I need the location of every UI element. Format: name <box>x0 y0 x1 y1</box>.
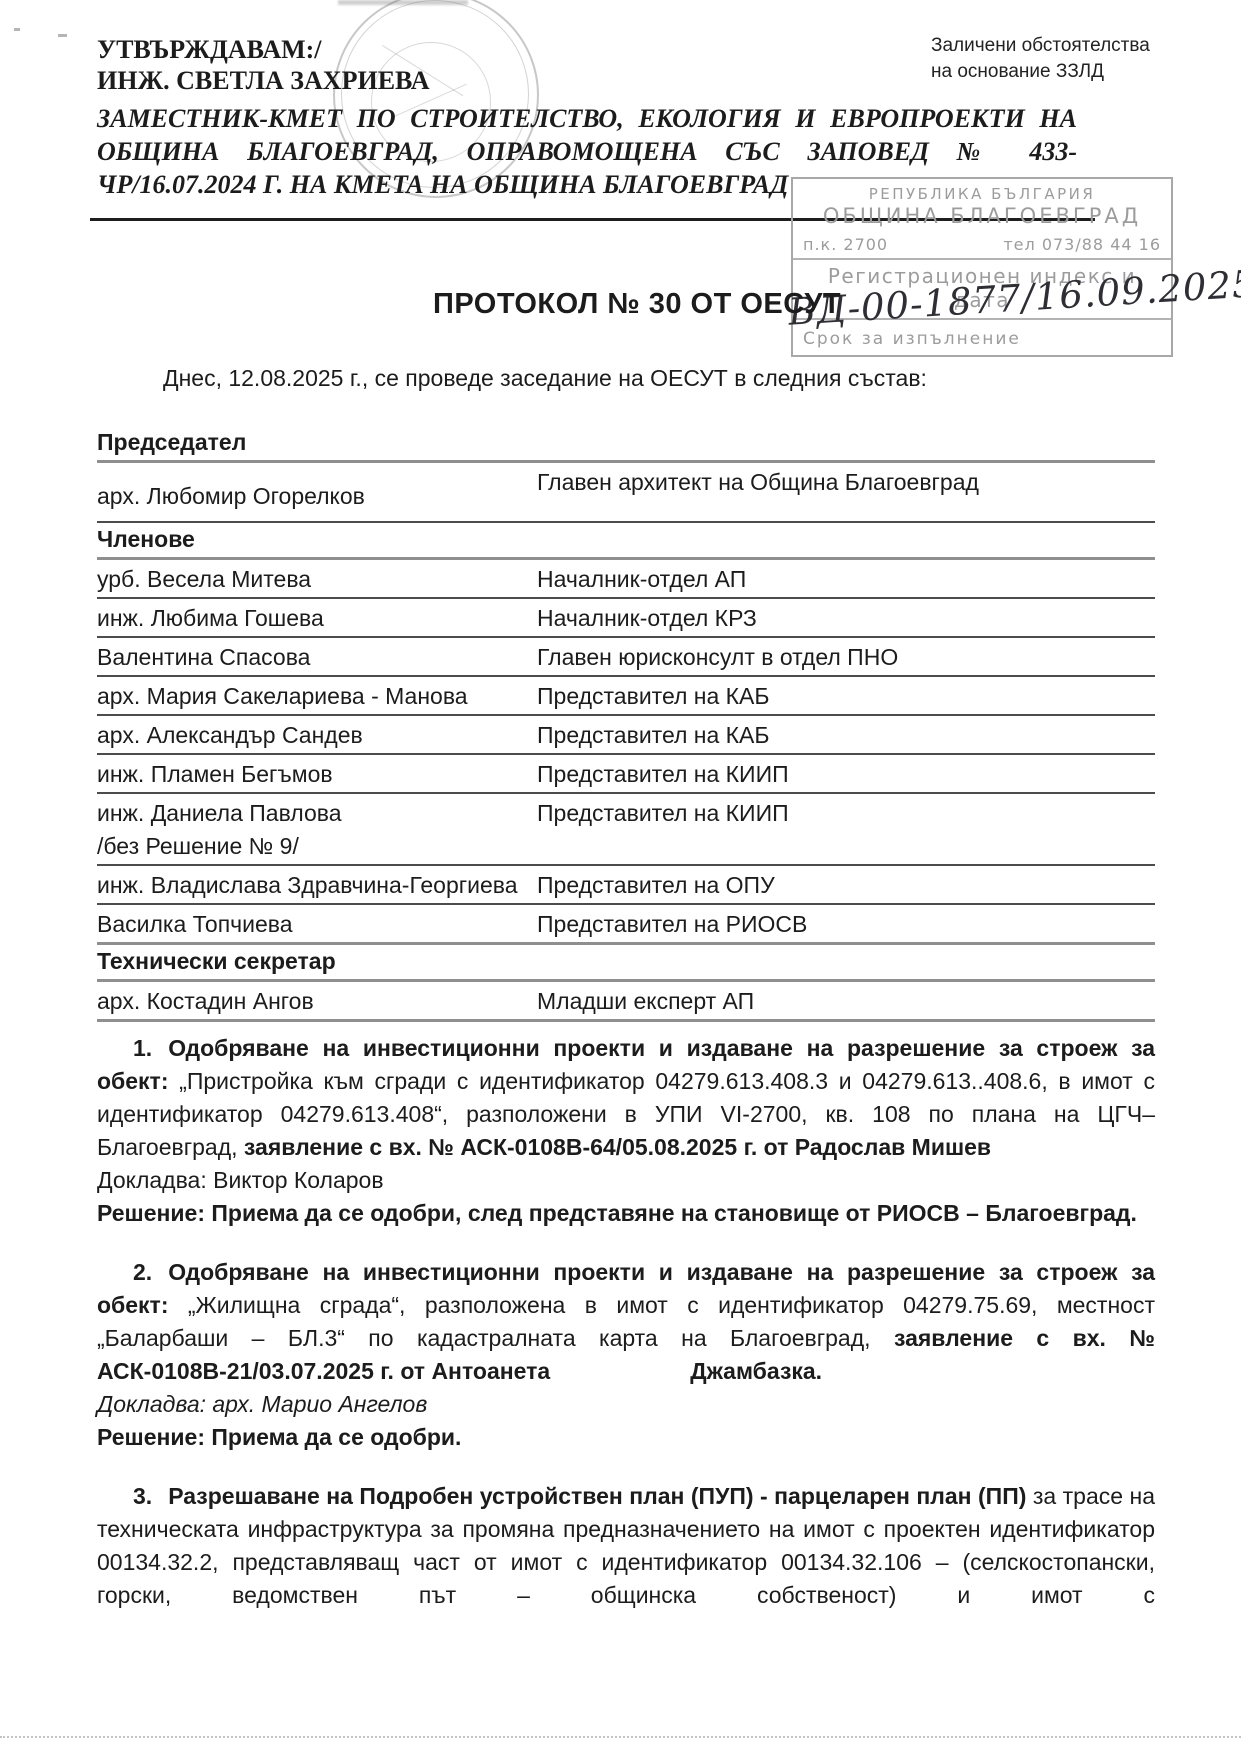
decision-line: Решение: Приема да се одобри. <box>97 1421 1155 1454</box>
privacy-notice-line2: на основание ЗЗЛД <box>931 59 1161 85</box>
scan-speck <box>14 28 20 31</box>
agenda-items: 1.Одобряване на инвестиционни проекти и … <box>97 1032 1155 1612</box>
item-number: 3. <box>133 1483 152 1509</box>
stamp-municipality: ОБЩИНА БЛАГОЕВГРАД <box>793 204 1171 228</box>
stamp-contact-row: п.к. 2700 тел 073/88 44 16 <box>793 235 1171 260</box>
approval-block: УТВЪРЖДАВАМ:/ ИНЖ. СВЕТЛА ЗАХРИЕВА ЗАМЕС… <box>97 34 1077 201</box>
approver-name: ИНЖ. СВЕТЛА ЗАХРИЕВА <box>97 65 1077 96</box>
scan-speck <box>58 34 67 37</box>
member-row: арх. Любомир Огорелков Главен архитект н… <box>97 463 1155 523</box>
item-bold-intro: Разрешаване на Подробен устройствен план… <box>168 1483 1026 1509</box>
approval-heading: УТВЪРЖДАВАМ:/ <box>97 34 1077 65</box>
member-role: Представител на КАБ <box>537 683 1155 710</box>
reporter-line: Докладва: арх. Марио Ангелов <box>97 1388 1155 1421</box>
section-row-secretary: Технически секретар <box>97 945 1155 982</box>
member-row: инж. Любима Гошева Началник-отдел КРЗ <box>97 599 1155 638</box>
member-name-line1: инж. Даниела Павлова <box>97 800 537 827</box>
reporter-line: Докладва: Виктор Коларов <box>97 1164 1155 1197</box>
agenda-item-3: 3.Разрешаване на Подробен устройствен пл… <box>97 1480 1155 1612</box>
agenda-item-3-text: 3.Разрешаване на Подробен устройствен пл… <box>97 1480 1155 1612</box>
member-name: урб. Весела Митева <box>97 566 537 593</box>
member-name: арх. Мария Сакелариева - Манова <box>97 683 537 710</box>
member-role: Представител на КИИП <box>537 800 1155 827</box>
intro-paragraph: Днес, 12.08.2025 г., се проведе заседани… <box>97 362 1157 394</box>
item-number: 1. <box>133 1035 152 1061</box>
scanned-protocol-page: УТВЪРЖДАВАМ:/ ИНЖ. СВЕТЛА ЗАХРИЕВА ЗАМЕС… <box>0 0 1241 1754</box>
member-role: Главен архитект на Община Благоевград <box>537 469 1155 496</box>
committee-table: Председател арх. Любомир Огорелков Главе… <box>97 426 1155 1022</box>
item-applicant-name: Джамбазка. <box>690 1358 822 1384</box>
member-role: Началник-отдел КРЗ <box>537 605 1155 632</box>
member-row: арх. Александър Сандев Представител на К… <box>97 716 1155 755</box>
member-name: Василка Топчиева <box>97 911 537 938</box>
agenda-item-2-text: 2.Одобряване на инвестиционни проекти и … <box>97 1256 1155 1388</box>
agenda-item-1: 1.Одобряване на инвестиционни проекти и … <box>97 1032 1155 1230</box>
member-role: Началник-отдел АП <box>537 566 1155 593</box>
scan-smudge <box>338 0 468 5</box>
member-name: арх. Костадин Ангов <box>97 988 537 1015</box>
stamp-postcode: п.к. 2700 <box>803 235 888 254</box>
member-row: инж. Даниела Павлова /без Решение № 9/ П… <box>97 794 1155 866</box>
member-row: арх. Костадин Ангов Младши експерт АП <box>97 982 1155 1022</box>
member-name-line2: /без Решение № 9/ <box>97 833 537 860</box>
stamp-deadline-label: Срок за изпълнение <box>803 329 1021 349</box>
member-row: инж. Владислава Здравчина-Георгиева Пред… <box>97 866 1155 905</box>
member-name: инж. Любима Гошева <box>97 605 537 632</box>
member-name: арх. Александър Сандев <box>97 722 537 749</box>
privacy-notice: Заличени обстоятелства на основание ЗЗЛД <box>931 33 1161 85</box>
member-row: арх. Мария Сакелариева - Манова Представ… <box>97 677 1155 716</box>
section-row-chairman: Председател <box>97 426 1155 463</box>
member-row: Валентина Спасова Главен юрисконсулт в о… <box>97 638 1155 677</box>
member-role: Главен юрисконсулт в отдел ПНО <box>537 644 1155 671</box>
member-role: Представител на КАБ <box>537 722 1155 749</box>
stamp-phone: тел 073/88 44 16 <box>1003 235 1161 254</box>
member-row: урб. Весела Митева Началник-отдел АП <box>97 560 1155 599</box>
member-name: инж. Даниела Павлова /без Решение № 9/ <box>97 800 537 860</box>
item-application-ref: заявление с вх. № АСК-0108В-64/05.08.202… <box>244 1134 991 1160</box>
agenda-item-2: 2.Одобряване на инвестиционни проекти и … <box>97 1256 1155 1454</box>
member-name: Валентина Спасова <box>97 644 537 671</box>
agenda-item-1-text: 1.Одобряване на инвестиционни проекти и … <box>97 1032 1155 1164</box>
decision-line: Решение: Приема да се одобри, след предс… <box>97 1197 1155 1230</box>
stamp-country: РЕПУБЛИКА БЪЛГАРИЯ <box>793 185 1171 203</box>
member-name: инж. Пламен Бегъмов <box>97 761 537 788</box>
member-role: Представител на ОПУ <box>537 872 1155 899</box>
member-row: Василка Топчиева Представител на РИОСВ <box>97 905 1155 945</box>
member-role: Младши експерт АП <box>537 988 1155 1015</box>
protocol-title: ПРОТОКОЛ № 30 ОТ ОЕСУТ <box>433 288 841 321</box>
member-role: Представител на РИОСВ <box>537 911 1155 938</box>
member-role: Представител на КИИП <box>537 761 1155 788</box>
scan-artifact-line <box>0 1736 1241 1738</box>
member-row: инж. Пламен Бегъмов Представител на КИИП <box>97 755 1155 794</box>
item-number: 2. <box>133 1259 152 1285</box>
member-name: арх. Любомир Огорелков <box>97 469 537 510</box>
privacy-notice-line1: Заличени обстоятелства <box>931 33 1161 59</box>
member-name: инж. Владислава Здравчина-Георгиева <box>97 872 537 899</box>
section-row-members: Членове <box>97 523 1155 560</box>
